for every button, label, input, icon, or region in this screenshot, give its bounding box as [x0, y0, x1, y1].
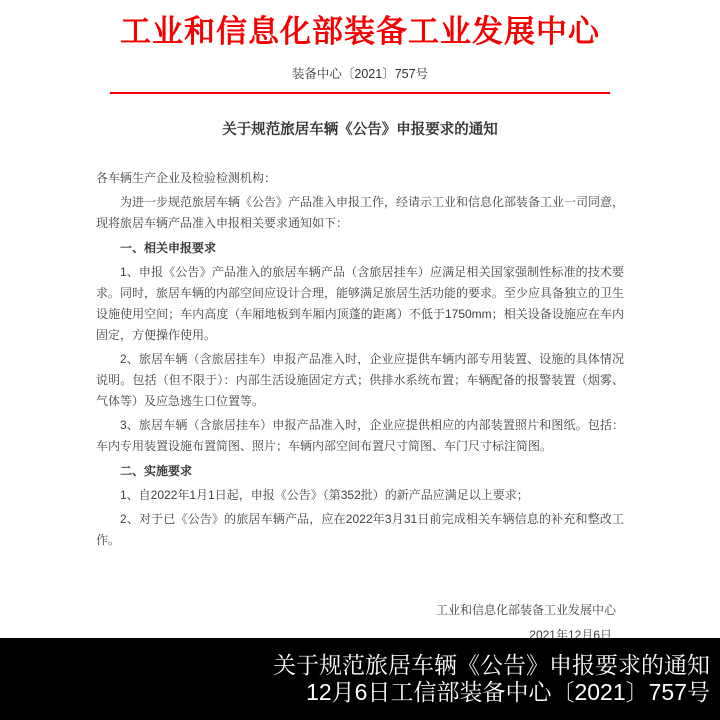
- section-2-paragraph-1: 1、自2022年1月1日起，申报《公告》（第352批）的新产品应满足以上要求；: [96, 485, 624, 506]
- notice-document: 工业和信息化部装备工业发展中心 装备中心〔2021〕757号 关于规范旅居车辆《…: [96, 0, 624, 644]
- section-2-heading: 二、实施要求: [96, 461, 624, 482]
- section-2-paragraph-2: 2、对于已《公告》的旅居车辆产品，应在2022年3月31日前完成相关车辆信息的补…: [96, 509, 624, 551]
- notice-title: 关于规范旅居车辆《公告》申报要求的通知: [96, 120, 624, 141]
- document-number: 装备中心〔2021〕757号: [96, 65, 624, 83]
- caption-title-line: 关于规范旅居车辆《公告》申报要求的通知: [273, 652, 710, 679]
- caption-bar: 关于规范旅居车辆《公告》申报要求的通知 12月6日工信部装备中心〔2021〕75…: [0, 638, 720, 720]
- signature-org-name: 工业和信息化部装备工业发展中心: [96, 601, 624, 619]
- notice-body: 各车辆生产企业及检验检测机构： 为进一步规范旅居车辆《公告》产品准入申报工作，经…: [96, 168, 624, 551]
- caption-source-line: 12月6日工信部装备中心〔2021〕757号: [306, 679, 710, 706]
- document-page: 工业和信息化部装备工业发展中心 装备中心〔2021〕757号 关于规范旅居车辆《…: [0, 0, 720, 720]
- intro-paragraph: 为进一步规范旅居车辆《公告》产品准入申报工作，经请示工业和信息化部装备工业一司同…: [96, 192, 624, 234]
- section-1-heading: 一、相关申报要求: [96, 238, 624, 259]
- section-1-paragraph-3: 3、旅居车辆（含旅居挂车）申报产品准入时，企业应提供相应的内部装置照片和图纸。包…: [96, 415, 624, 457]
- section-1-paragraph-1: 1、申报《公告》产品准入的旅居车辆产品（含旅居挂车）应满足相关国家强制性标准的技…: [96, 262, 624, 346]
- letterhead-org-title: 工业和信息化部装备工业发展中心: [96, 12, 624, 52]
- salutation: 各车辆生产企业及检验检测机构：: [96, 168, 624, 189]
- section-1-paragraph-2: 2、旅居车辆（含旅居挂车）申报产品准入时，企业应提供车辆内部专用装置、设施的具体…: [96, 349, 624, 412]
- letterhead-red-rule: [110, 92, 610, 94]
